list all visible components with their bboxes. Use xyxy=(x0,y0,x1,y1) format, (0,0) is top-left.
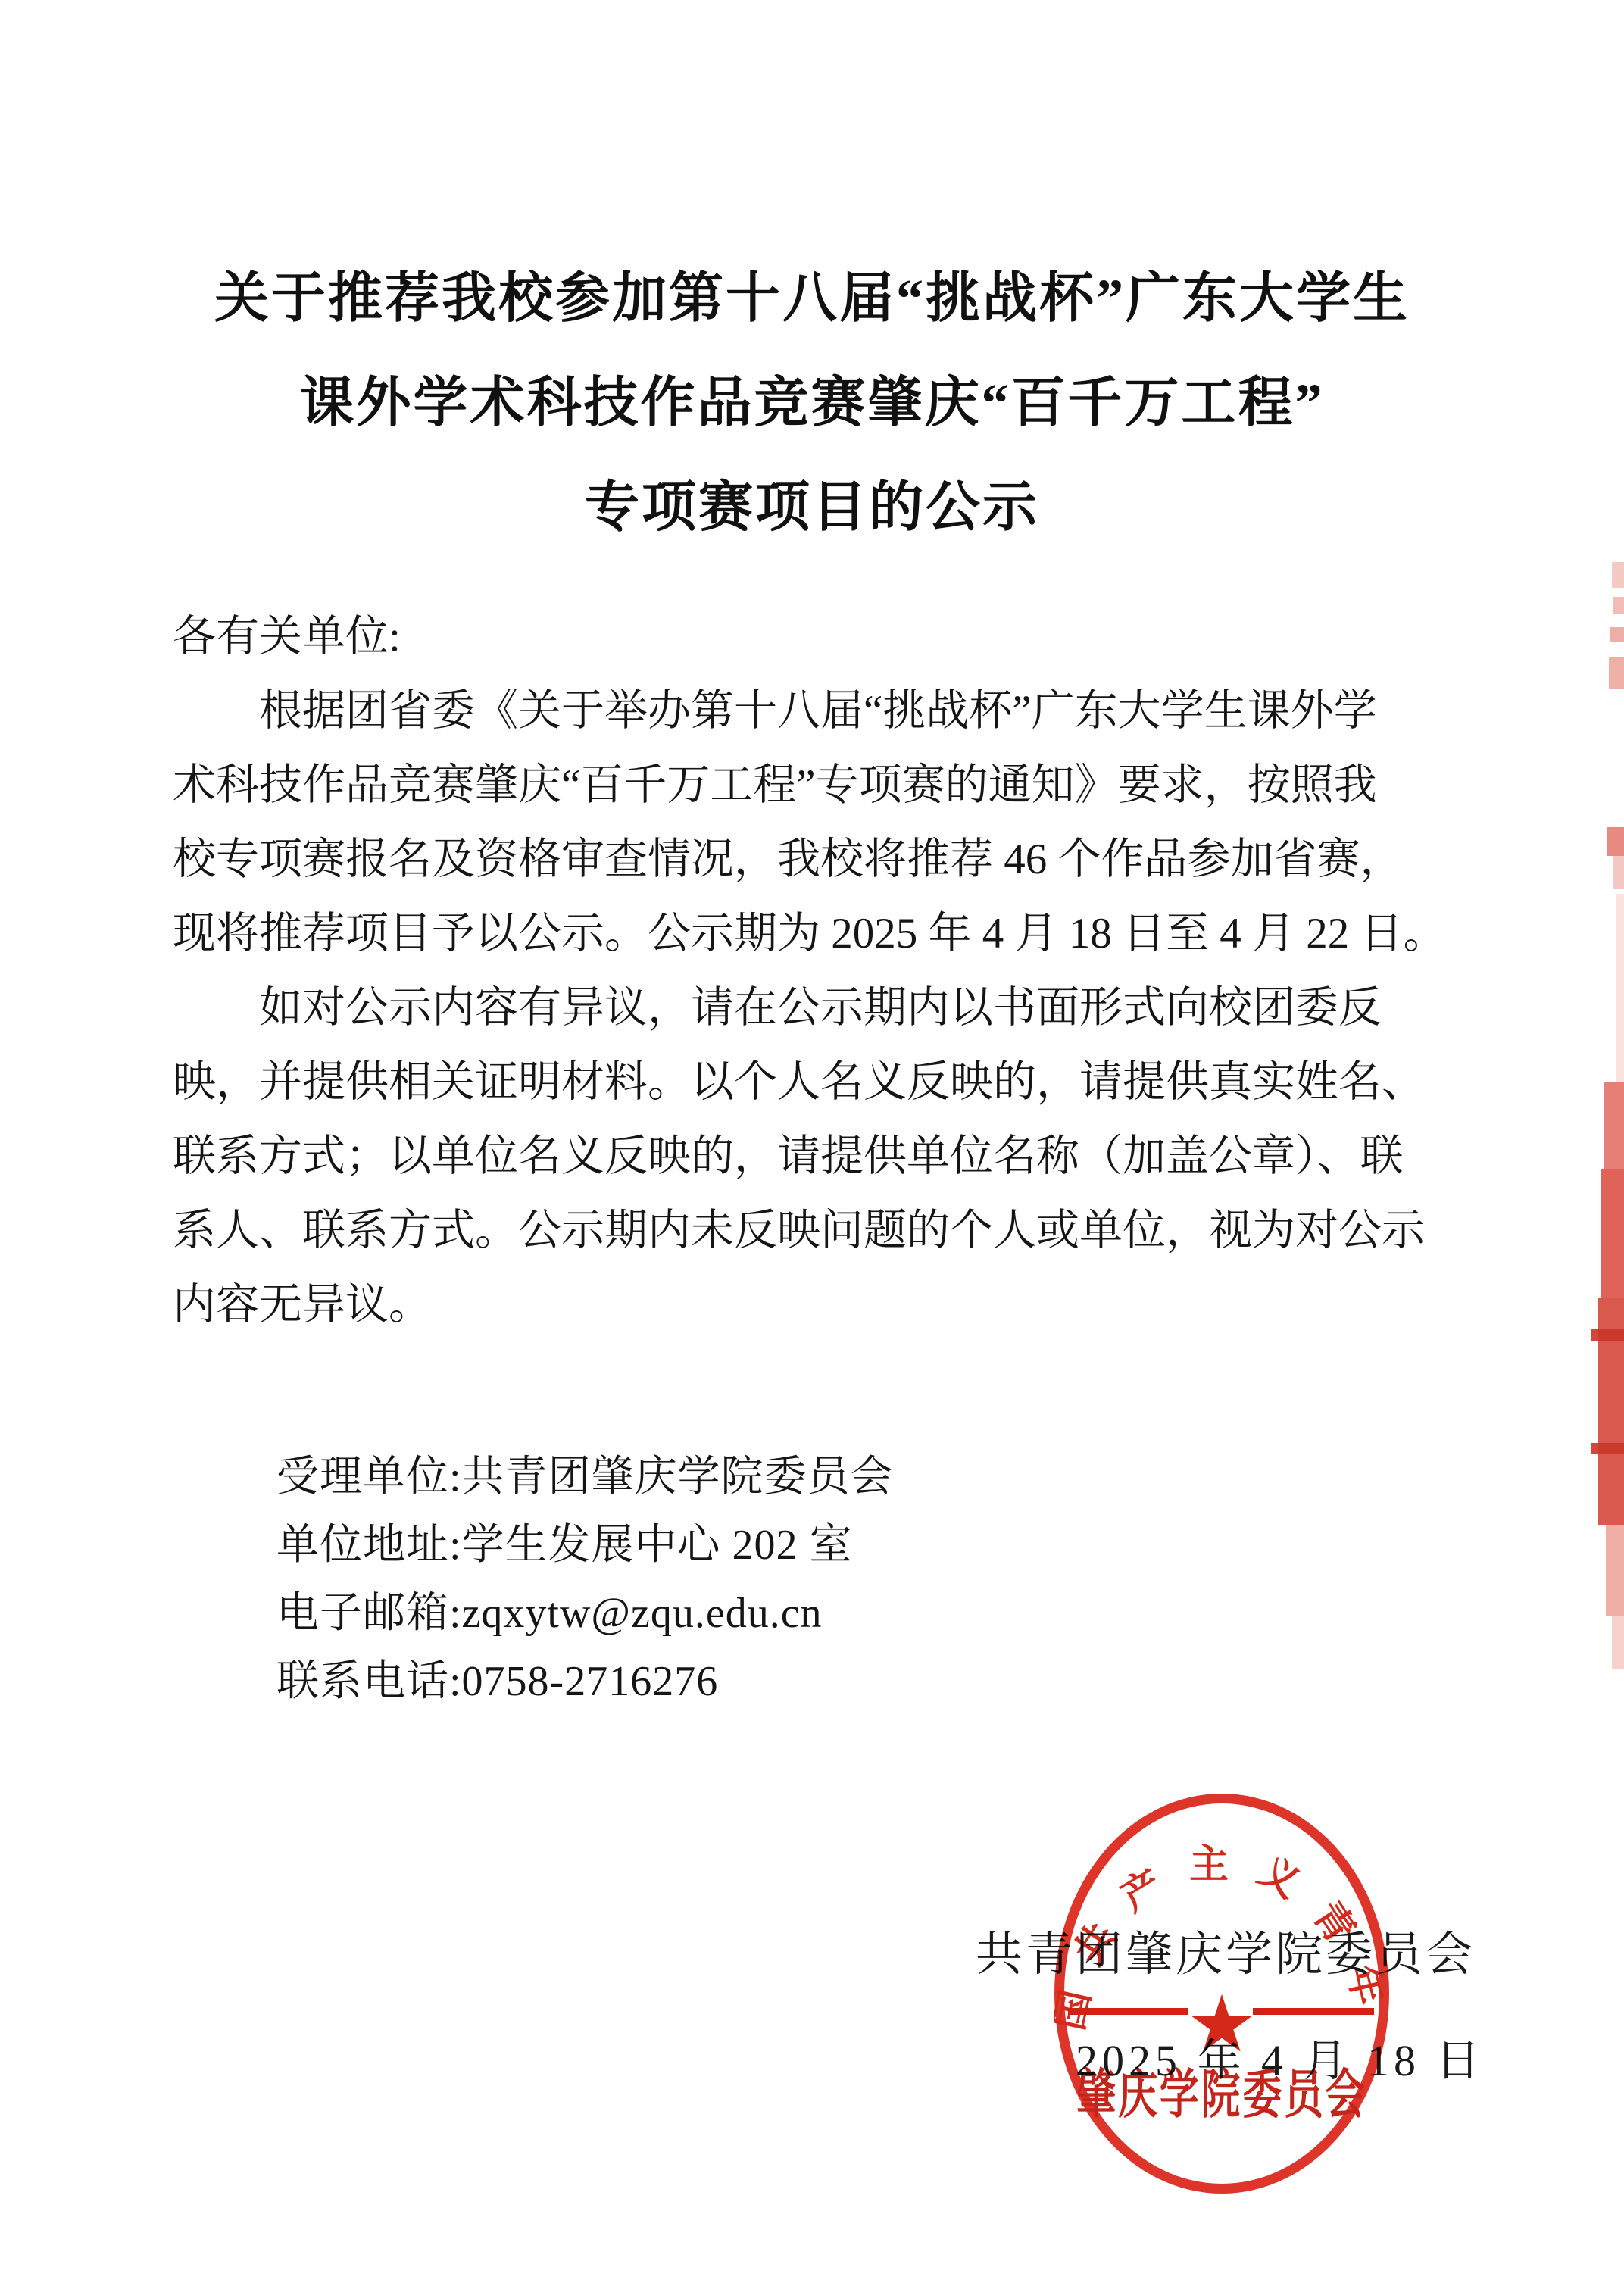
paragraph1-line: 根据团省委《关于举办第十八届“挑战杯”广东大学生课外学 xyxy=(173,674,1453,748)
scan-artifact xyxy=(1591,1443,1624,1454)
scan-artifact xyxy=(1612,562,1624,588)
contact-block: 受理单位:共青团肇庆学院委员会 单位地址:学生发展中心 202 室 电子邮箱:z… xyxy=(276,1443,894,1716)
salutation: 各有关单位: xyxy=(173,600,1453,674)
paragraph2-line: 联系方式；以单位名义反映的，请提供单位名称（加盖公章）、联 xyxy=(173,1120,1453,1194)
svg-text:中国共产主义青年团: 中国共产主义青年团 xyxy=(1054,1794,1389,2034)
paragraph2-line: 映，并提供相关证明材料。以个人名义反映的，请提供真实姓名、 xyxy=(173,1045,1453,1120)
stamp-ring xyxy=(1054,1794,1389,2194)
paragraph1-line: 现将推荐项目予以公示。公示期为 2025 年 4 月 18 日至 4 月 22 … xyxy=(173,897,1453,971)
stamp-rule-right xyxy=(1253,2008,1374,2015)
paragraph1-line: 术科技作品竞赛肇庆“百千万工程”专项赛的通知》要求，按照我 xyxy=(173,748,1453,823)
scan-artifact xyxy=(1609,657,1624,689)
stamp-rule-left xyxy=(1068,2008,1188,2015)
scan-artifact xyxy=(1606,1525,1624,1616)
contact-address: 单位地址:学生发展中心 202 室 xyxy=(276,1511,894,1579)
scan-artifact xyxy=(1613,597,1624,614)
signature-date: 2025 年 4 月 18 日 xyxy=(1076,2039,1485,2083)
paragraph2-line: 内容无异议。 xyxy=(173,1268,1453,1342)
scan-artifact xyxy=(1591,1329,1624,1341)
scan-artifact xyxy=(1613,856,1624,889)
paragraph1-line: 校专项赛报名及资格审查情况，我校将推荐 46 个作品参加省赛， xyxy=(173,823,1453,897)
stamp-arc: 中国共产主义青年团 xyxy=(1054,1794,1389,2194)
stamp-arc-text: 中国共产主义青年团 xyxy=(1054,1794,1389,2034)
scan-artifact xyxy=(1607,827,1624,856)
document-title: 关于推荐我校参加第十八届“挑战杯”广东大学生 课外学术科技作品竞赛肇庆“百千万工… xyxy=(0,246,1624,560)
scan-artifact xyxy=(1616,894,1624,1083)
title-line-2: 课外学术科技作品竞赛肇庆“百千万工程” xyxy=(0,351,1624,455)
official-stamp: 中国共产主义青年团 ★ 肇庆学院委员会 xyxy=(1054,1794,1389,2194)
paragraph2-line: 如对公示内容有异议，请在公示期内以书面形式向校团委反 xyxy=(173,971,1453,1045)
contact-email: 电子邮箱:zqxytw@zqu.edu.cn xyxy=(276,1579,894,1647)
contact-phone: 联系电话:0758-2716276 xyxy=(276,1647,894,1716)
title-line-3: 专项赛项目的公示 xyxy=(0,455,1624,560)
scan-artifact xyxy=(1610,627,1624,642)
scan-artifact xyxy=(1612,1616,1624,1669)
scan-artifact xyxy=(1604,1082,1624,1169)
scan-artifact xyxy=(1601,1169,1624,1298)
paragraph2-line: 系人、联系方式。公示期内未反映问题的个人或单位，视为对公示 xyxy=(173,1194,1453,1268)
title-line-1: 关于推荐我校参加第十八届“挑战杯”广东大学生 xyxy=(0,246,1624,351)
signature-organization: 共青团肇庆学院委员会 xyxy=(976,1931,1476,1978)
scanned-notice-page: 关于推荐我校参加第十八届“挑战杯”广东大学生 课外学术科技作品竞赛肇庆“百千万工… xyxy=(0,0,1624,2289)
contact-accepting-unit: 受理单位:共青团肇庆学院委员会 xyxy=(276,1443,894,1511)
document-body: 各有关单位: 根据团省委《关于举办第十八届“挑战杯”广东大学生课外学 术科技作品… xyxy=(173,600,1453,1342)
